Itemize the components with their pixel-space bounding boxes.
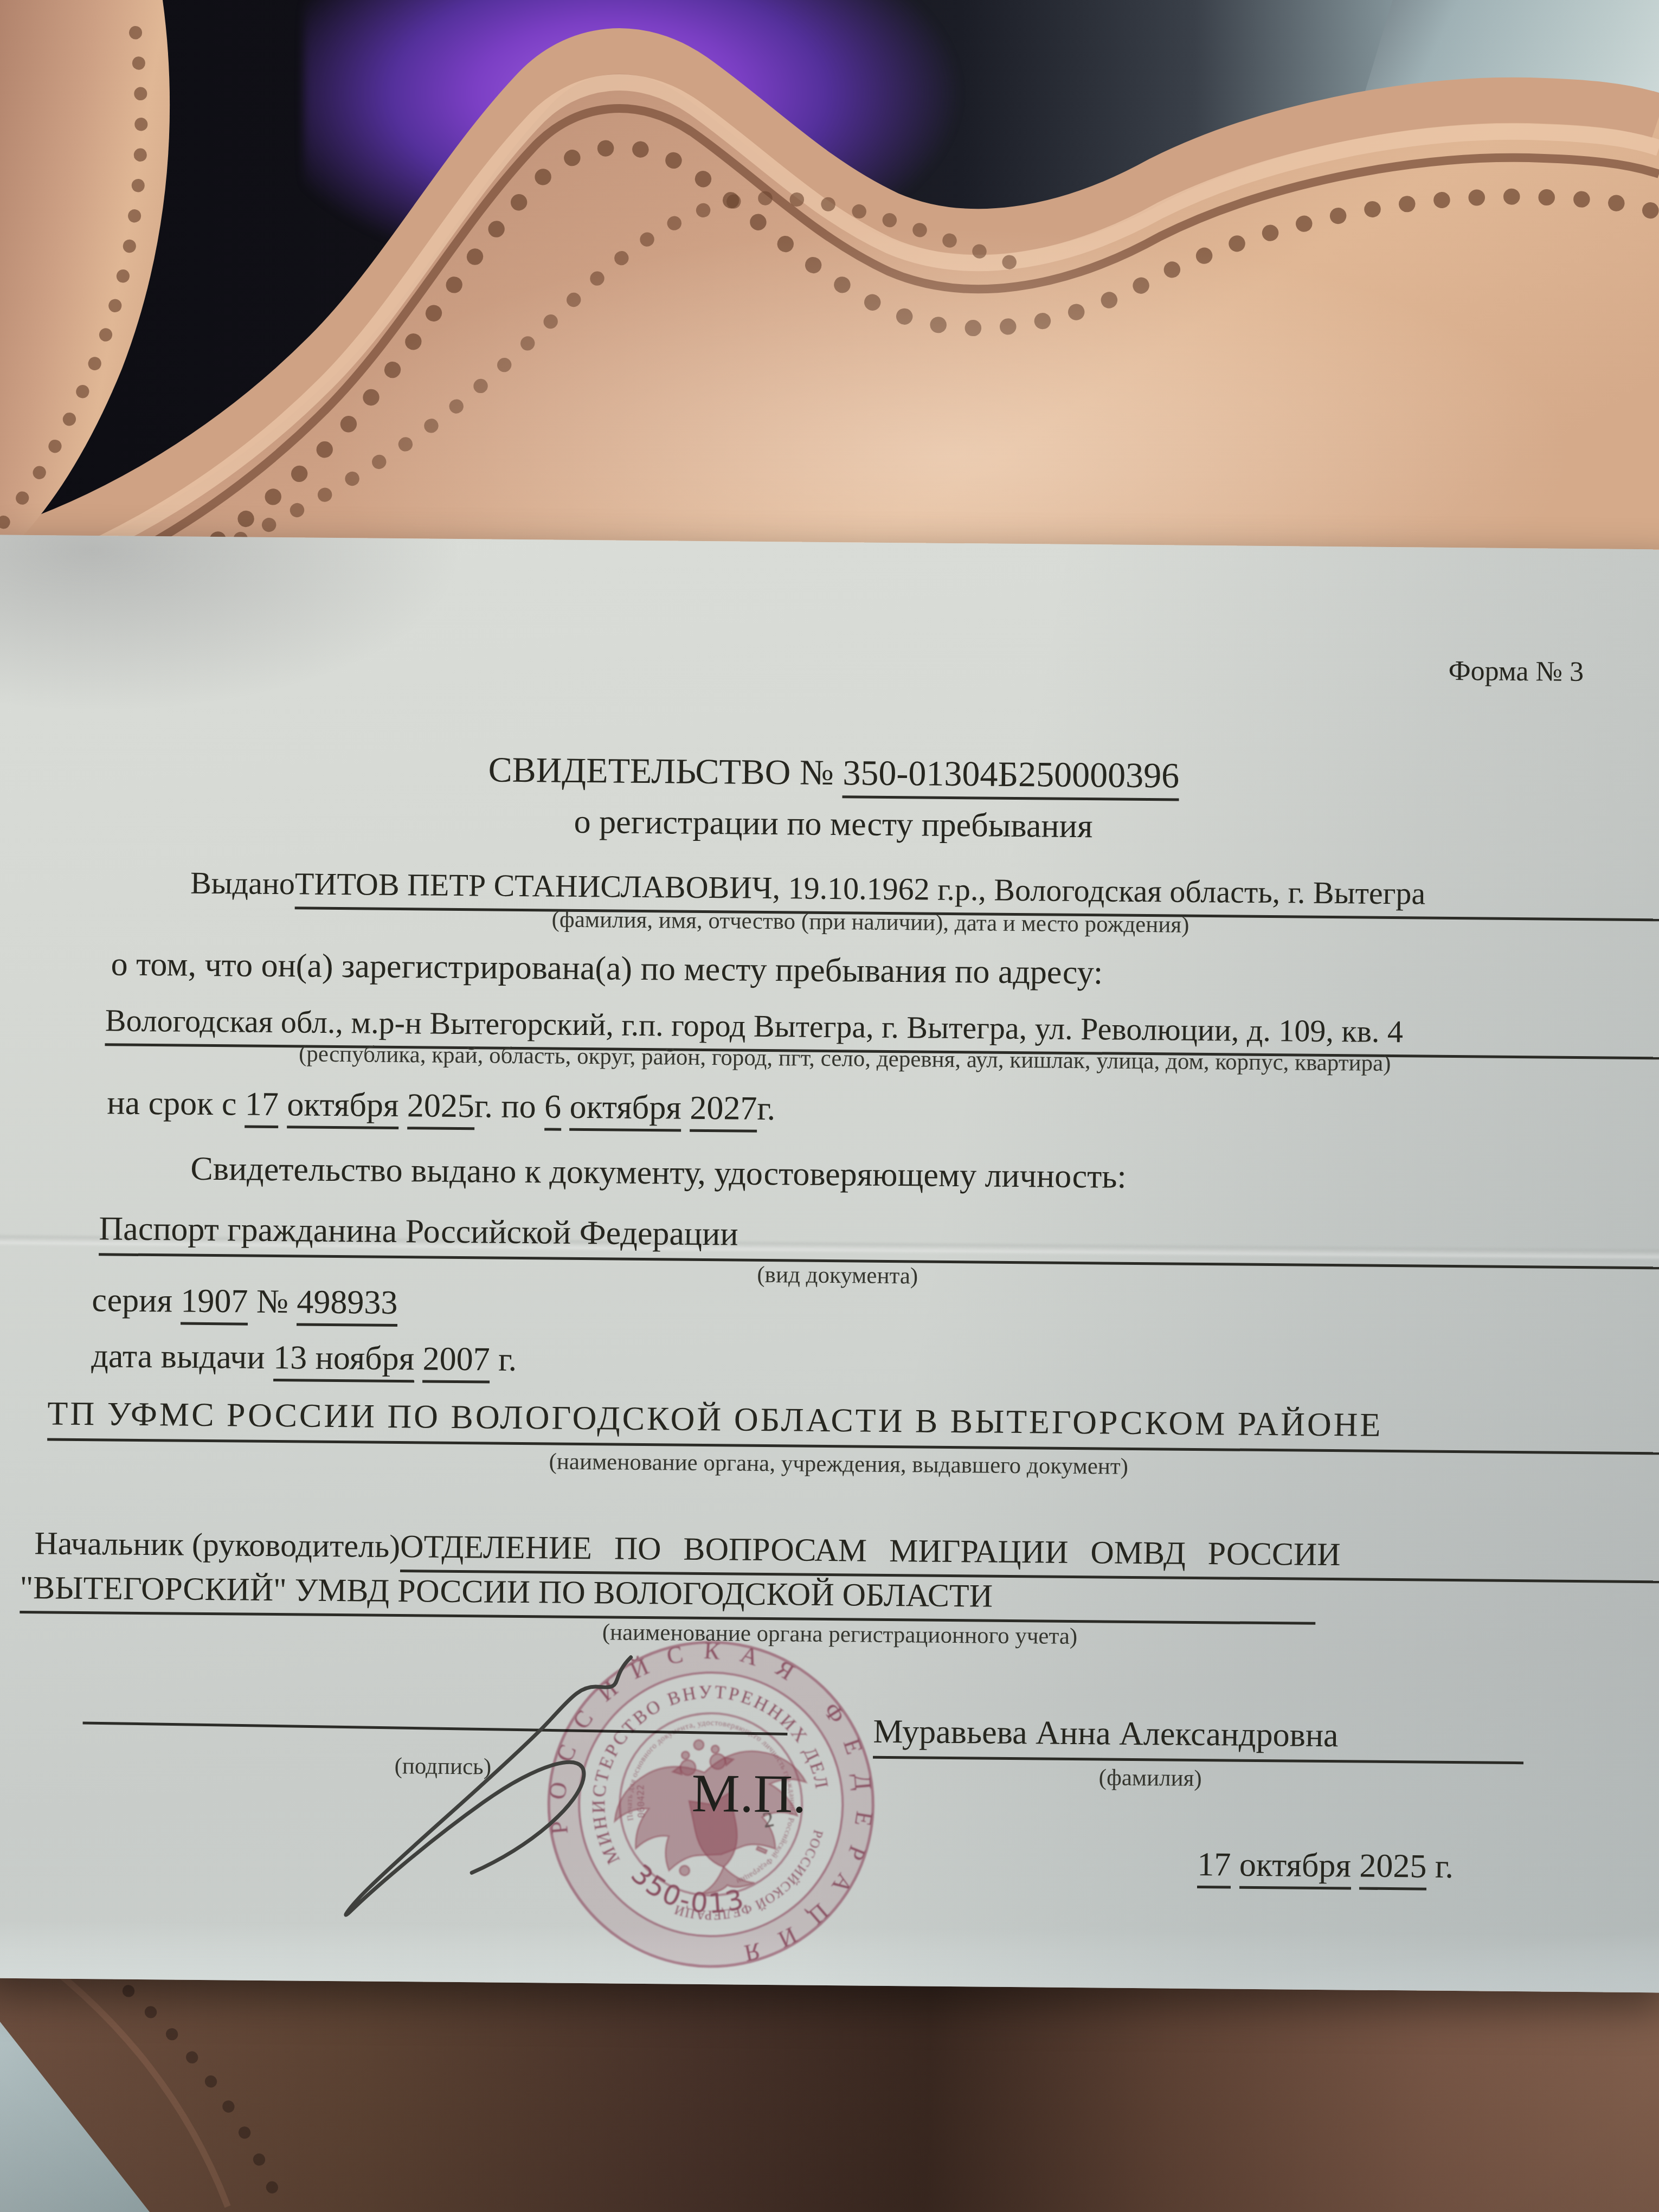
date-suffix: г. xyxy=(1426,1848,1454,1885)
number-sign: № xyxy=(248,1283,297,1321)
official-name: Муравьева Анна Александровна xyxy=(873,1711,1524,1764)
date-month: октября xyxy=(1239,1847,1351,1890)
authority-value: ТП УФМС РОССИИ ПО ВОЛОГОДСКОЙ ОБЛАСТИ В … xyxy=(47,1393,1659,1455)
head-label: Начальник (руководитель) xyxy=(34,1523,400,1567)
issued-hint: (фамилия, имя, отчество (при наличии), д… xyxy=(551,906,1189,938)
statement-line: о том, что он(а) зарегистрирована(а) по … xyxy=(111,943,1103,994)
doc-type-hint: (вид документа) xyxy=(757,1262,918,1290)
signature-path xyxy=(346,1655,631,1918)
authority-line: ТП УФМС РОССИИ ПО ВОЛОГОДСКОЙ ОБЛАСТИ В … xyxy=(47,1393,1659,1455)
period-g2: г. xyxy=(757,1090,776,1127)
series-label: серия xyxy=(92,1282,181,1319)
eagle-scepter xyxy=(756,1847,767,1854)
eagle-crown-left xyxy=(681,1751,690,1760)
passport-number: 498933 xyxy=(297,1283,398,1327)
period-g1: г. xyxy=(474,1088,493,1124)
photo-scene: Форма № 3 СВИДЕТЕЛЬСТВО № 350-01304Б2500… xyxy=(0,0,1659,2212)
date-year: 2025 xyxy=(1359,1848,1427,1891)
issue-date-year: 2007 xyxy=(422,1340,490,1383)
form-number-label: Форма № 3 xyxy=(1448,653,1584,690)
issue-date-suffix: г. xyxy=(490,1341,517,1378)
series-value: 1907 xyxy=(181,1283,248,1326)
official-name-line: Муравьева Анна Александровна xyxy=(873,1711,1524,1764)
period-to-month: октября xyxy=(569,1089,681,1132)
issue-date-label: дата выдачи xyxy=(91,1338,273,1376)
period-from-month: октября xyxy=(287,1086,399,1129)
signature-stroke xyxy=(303,1638,653,1945)
date-day: 17 xyxy=(1197,1846,1231,1889)
period-prefix: на срок с xyxy=(107,1084,245,1122)
issued-label: Выдано xyxy=(190,864,295,904)
period-to-year: 2027 xyxy=(690,1090,757,1133)
official-name-hint: (фамилия) xyxy=(1099,1764,1202,1792)
attachment-line: Свидетельство выдано к документу, удосто… xyxy=(190,1148,1127,1199)
certificate-number: 350-01304Б250000396 xyxy=(843,753,1180,801)
stamp-place-label: М.П. xyxy=(667,1761,831,1825)
certificate-subtitle: о регистрации по месту пребывания xyxy=(0,796,1659,853)
issue-date-line: дата выдачи 13 ноября 2007 г. xyxy=(91,1335,517,1381)
period-from-day: 17 xyxy=(245,1086,279,1129)
period-line: на срок с 17 октября 2025г. по 6 октября… xyxy=(107,1082,775,1130)
authority-hint: (наименование органа, учреждения, выдавш… xyxy=(549,1448,1128,1480)
certificate-title: СВИДЕТЕЛЬСТВО № 350-01304Б250000396 xyxy=(0,743,1659,803)
eagle-crown-right xyxy=(711,1745,720,1754)
title-prefix: СВИДЕТЕЛЬСТВО № xyxy=(488,750,843,793)
period-from-year: 2025 xyxy=(407,1087,475,1130)
issue-date-value: 13 ноября xyxy=(273,1339,415,1382)
series-line: серия 1907 № 498933 xyxy=(92,1279,398,1324)
eagle-crown-center xyxy=(693,1739,704,1751)
eagle-orb xyxy=(679,1865,690,1876)
certificate-paper: Форма № 3 СВИДЕТЕЛЬСТВО № 350-01304Б2500… xyxy=(0,535,1659,1992)
doc-type-value: Паспорт гражданина Российской Федерации xyxy=(99,1208,1659,1269)
period-mid: по xyxy=(501,1088,544,1126)
document-date-line: 17 октября 2025 г. xyxy=(1197,1844,1454,1888)
doc-type-line: Паспорт гражданина Российской Федерации xyxy=(99,1208,1659,1269)
period-to-day: 6 xyxy=(544,1088,562,1130)
